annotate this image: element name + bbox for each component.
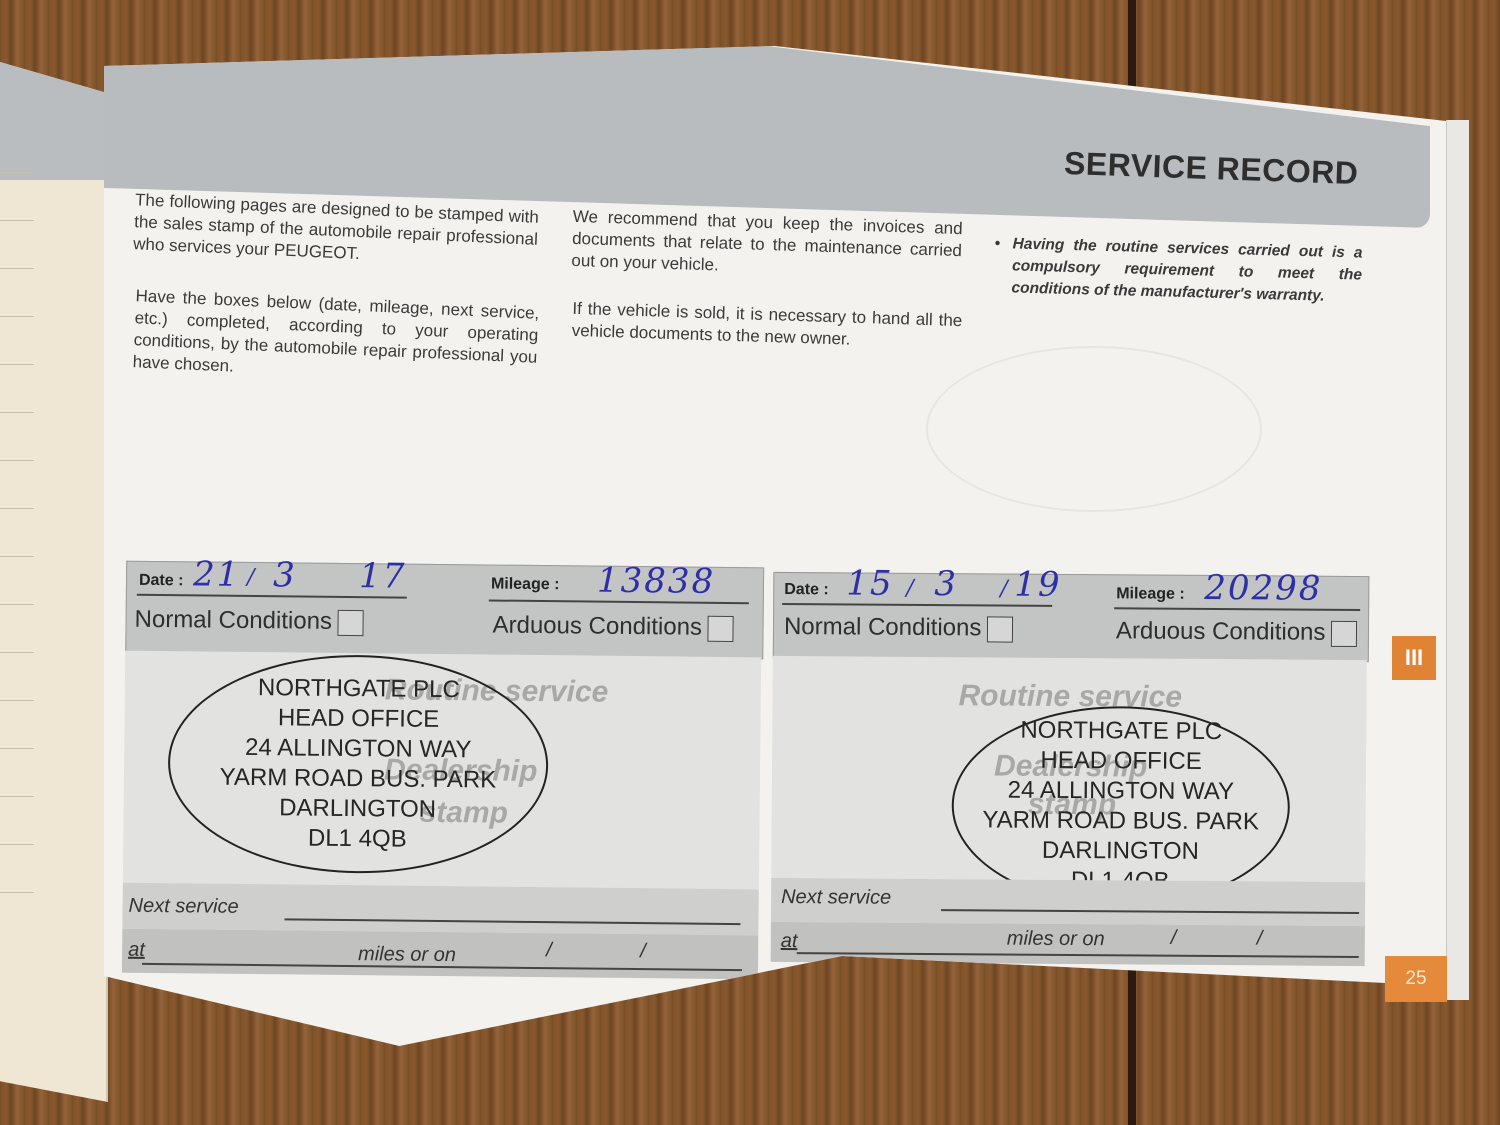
- miles-or-on-label: miles or on: [358, 943, 456, 967]
- stamp-line: NORTHGATE PLC: [1020, 716, 1222, 747]
- date-slash: /: [640, 940, 646, 963]
- next-service-row: Next service: [771, 878, 1365, 926]
- date-month-value[interactable]: 3: [273, 555, 297, 595]
- at-label: at: [781, 930, 798, 953]
- bullet-icon: •: [994, 233, 1000, 255]
- date-year-value[interactable]: 17: [359, 556, 407, 596]
- arduous-conditions-checkbox[interactable]: [1331, 620, 1357, 646]
- ruled-line: [0, 796, 34, 797]
- ruled-line: [0, 700, 34, 701]
- page-number: 25: [1385, 956, 1447, 1002]
- next-service-line[interactable]: [941, 909, 1359, 913]
- next-service-label: Next service: [781, 886, 891, 910]
- ruled-line: [0, 412, 34, 413]
- date-separator: /: [1000, 577, 1010, 602]
- date-day-value[interactable]: 15: [846, 563, 894, 603]
- stamp-line: DL1 4QB: [308, 824, 407, 855]
- at-label: at: [128, 939, 145, 962]
- ruled-line: [0, 892, 34, 893]
- miles-or-on-label: miles or on: [1007, 928, 1105, 952]
- ruled-line: [0, 172, 34, 173]
- left-facing-page: [0, 62, 108, 1102]
- record-header: Date : 21 / 3 17 Mileage : 13838 Normal …: [125, 561, 764, 660]
- arduous-conditions-field: Arduous Conditions: [492, 612, 734, 643]
- service-record-box-1: Date : 21 / 3 17 Mileage : 13838 Normal …: [122, 561, 762, 988]
- next-service-at-row: at miles or on / /: [122, 929, 758, 980]
- next-service-label: Next service: [128, 895, 238, 919]
- at-line[interactable]: [797, 952, 1359, 957]
- date-slash: /: [1171, 927, 1177, 950]
- date-slash: /: [546, 939, 552, 962]
- section-tab: III: [1392, 636, 1436, 680]
- intro-paragraph: We recommend that you keep the invoices …: [571, 206, 963, 284]
- mileage-value[interactable]: 13838: [597, 561, 716, 602]
- date-label: Date :: [139, 572, 184, 590]
- ruled-line: [0, 364, 34, 365]
- date-slash: /: [1257, 927, 1263, 950]
- normal-conditions-label: Normal Conditions: [134, 606, 332, 635]
- intro-paragraph: The following pages are designed to be s…: [133, 189, 539, 273]
- stamp-line: 24 ALLINGTON WAY: [1008, 776, 1235, 808]
- service-record-page: SERVICE RECORD The following pages are d…: [104, 46, 1446, 1046]
- date-month-value[interactable]: 3: [934, 564, 958, 604]
- ruled-line: [0, 556, 34, 557]
- warranty-note: • Having the routine services carried ou…: [1011, 233, 1363, 308]
- next-service-row: Next service: [122, 883, 758, 936]
- date-year-value[interactable]: 19: [1014, 565, 1062, 605]
- next-service-at-row: at miles or on / /: [771, 922, 1365, 966]
- normal-conditions-checkbox[interactable]: [987, 616, 1013, 642]
- date-underline: [782, 603, 1052, 606]
- mileage-value[interactable]: 20298: [1204, 568, 1322, 609]
- stamp-area: Routine service Dealership stamp NORTHGA…: [771, 656, 1367, 882]
- left-page-header-band: [0, 62, 106, 180]
- stamp-line: YARM ROAD BUS. PARK: [220, 763, 497, 796]
- normal-conditions-field: Normal Conditions: [134, 606, 364, 636]
- arduous-conditions-label: Arduous Conditions: [1116, 617, 1326, 645]
- intro-paragraph: Have the boxes below (date, mileage, nex…: [132, 285, 539, 391]
- show-through-stamp: [926, 346, 1262, 512]
- date-separator: /: [247, 565, 257, 590]
- warranty-note-text: Having the routine services carried out …: [1011, 235, 1362, 304]
- stamp-line: DARLINGTON: [1042, 836, 1199, 867]
- arduous-conditions-checkbox[interactable]: [708, 615, 734, 641]
- normal-conditions-checkbox[interactable]: [338, 610, 364, 636]
- stamp-line: DARLINGTON: [279, 793, 436, 825]
- ruled-line: [0, 220, 34, 221]
- arduous-conditions-field: Arduous Conditions: [1116, 617, 1358, 647]
- ruled-line: [0, 604, 34, 605]
- stamp-line: HEAD OFFICE: [1040, 746, 1202, 777]
- mileage-label: Mileage :: [491, 576, 560, 595]
- ruled-line: [0, 508, 34, 509]
- normal-conditions-label: Normal Conditions: [784, 613, 982, 641]
- next-service-line[interactable]: [284, 918, 740, 924]
- record-header: Date : 15 / 3 / 19 Mileage : 20298 Norma…: [773, 572, 1370, 662]
- ruled-line: [0, 268, 34, 269]
- stamp-line: YARM ROAD BUS. PARK: [982, 805, 1259, 837]
- dealer-stamp: NORTHGATE PLC HEAD OFFICE 24 ALLINGTON W…: [951, 705, 1290, 907]
- service-record-box-2: Date : 15 / 3 / 19 Mileage : 20298 Norma…: [771, 572, 1368, 972]
- ruled-line: [0, 316, 34, 317]
- mileage-underline: [1114, 607, 1360, 610]
- stamp-line: 24 ALLINGTON WAY: [245, 733, 472, 765]
- stamp-line: HEAD OFFICE: [278, 703, 440, 735]
- ruled-line: [0, 844, 34, 845]
- intro-paragraph: If the vehicle is sold, it is necessary …: [571, 298, 962, 354]
- page-edge: [1446, 120, 1469, 1000]
- date-day-value[interactable]: 21: [193, 554, 241, 594]
- ruled-line: [0, 652, 34, 653]
- ruled-line: [0, 748, 34, 749]
- normal-conditions-field: Normal Conditions: [784, 613, 1014, 643]
- stamp-area: Routine service Dealership stamp NORTHGA…: [123, 651, 761, 890]
- arduous-conditions-label: Arduous Conditions: [492, 612, 702, 641]
- date-label: Date :: [784, 581, 829, 599]
- ruled-line: [0, 460, 34, 461]
- date-separator: /: [906, 576, 916, 601]
- mileage-label: Mileage :: [1116, 585, 1185, 603]
- stamp-line: NORTHGATE PLC: [258, 673, 460, 705]
